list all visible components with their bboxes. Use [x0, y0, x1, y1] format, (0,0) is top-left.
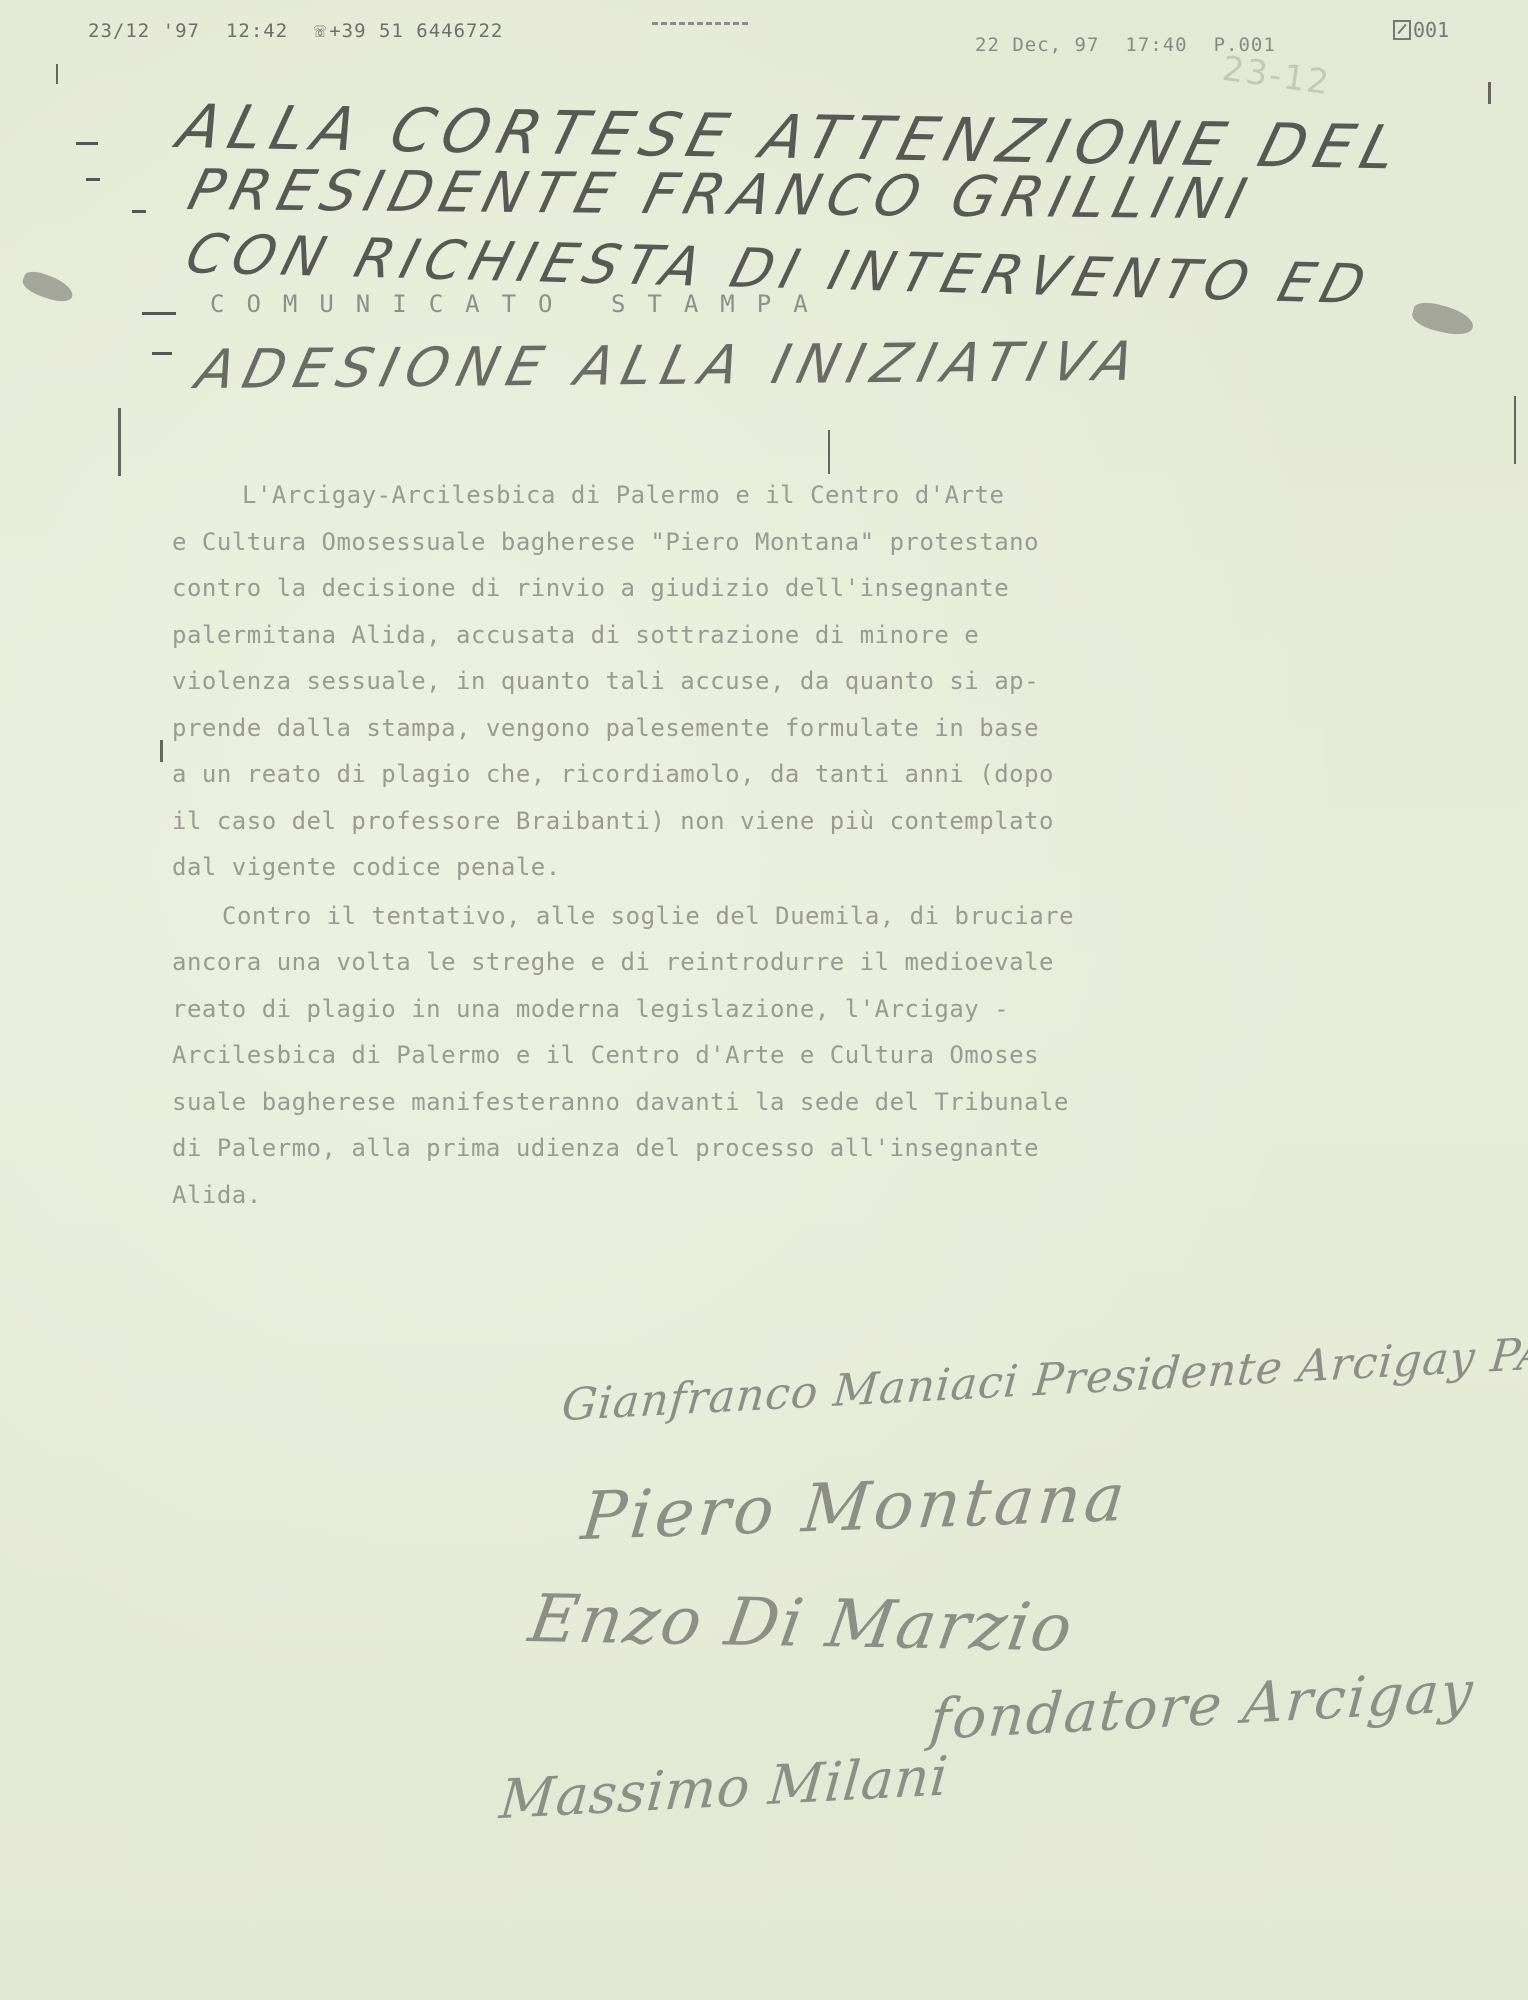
- handwritten-adhesion-line: ADESIONE ALLA INIZIATIVA: [190, 330, 1149, 401]
- paragraph-2: Contro il tentativo, alle soglie del Due…: [172, 893, 1372, 1219]
- body-line: di Palermo, alla prima udienza del proce…: [172, 1125, 1372, 1172]
- margin-mark: [1514, 396, 1516, 464]
- body-line: reato di plagio in una moderna legislazi…: [172, 986, 1372, 1033]
- paragraph-1: L'Arcigay-Arcilesbica di Palermo e il Ce…: [172, 472, 1372, 891]
- press-release-body: L'Arcigay-Arcilesbica di Palermo e il Ce…: [172, 472, 1372, 1218]
- scan-noise: [1410, 299, 1476, 339]
- margin-mark: [160, 740, 163, 762]
- margin-mark: [152, 352, 172, 355]
- margin-mark: [56, 64, 58, 84]
- signature-president: Gianfranco Maniaci Presidente Arcigay PA: [560, 1328, 1528, 1431]
- margin-mark: [76, 142, 98, 145]
- body-line: violenza sessuale, in quanto tali accuse…: [172, 658, 1372, 705]
- signature-third: Enzo Di Marzio: [524, 1580, 1079, 1666]
- body-line: dal vigente codice penale.: [172, 844, 1372, 891]
- fax-sender-header: 23/12 '9712:42☏+39 51 6446722: [88, 18, 529, 42]
- scan-noise: [20, 268, 76, 306]
- handwritten-recipient-line: PRESIDENTE FRANCO GRILLINI: [182, 158, 1261, 232]
- body-line: palermitana Alida, accusata di sottrazio…: [172, 612, 1372, 659]
- body-line: Alida.: [172, 1172, 1372, 1219]
- page-counter-value: 001: [1413, 18, 1449, 42]
- margin-mark: [1488, 82, 1491, 104]
- body-line: suale bagherese manifesteranno davanti l…: [172, 1079, 1372, 1126]
- body-line: e Cultura Omosessuale bagherese "Piero M…: [172, 519, 1372, 566]
- signature-piero-montana: Piero Montana: [578, 1459, 1132, 1555]
- telephone-icon: ☏: [314, 18, 327, 42]
- document-title: COMUNICATO STAMPA: [210, 290, 830, 318]
- margin-mark: [118, 408, 121, 476]
- sender-phone: +39 51 6446722: [329, 20, 503, 42]
- body-line: prende dalla stampa, vengono palesemente…: [172, 705, 1372, 752]
- fax-page-counter: 001: [1393, 18, 1449, 42]
- signature-founder-note: fondatore Arcigay: [927, 1659, 1477, 1753]
- margin-mark: [132, 210, 146, 213]
- body-line: contro la decisione di rinvio a giudizio…: [172, 565, 1372, 612]
- body-line: Arcilesbica di Palermo e il Centro d'Art…: [172, 1032, 1372, 1079]
- checkbox-icon: [1393, 20, 1411, 40]
- receiver-time: 17:40: [1125, 34, 1187, 56]
- margin-mark: [142, 312, 176, 315]
- sender-time: 12:42: [226, 20, 288, 42]
- fax-page: 23/12 '9712:42☏+39 51 6446722 22 Dec, 97…: [0, 0, 1528, 2000]
- signature-massimo-milani: Massimo Milani: [497, 1744, 951, 1831]
- handwritten-date-annotation: 23-12: [1220, 49, 1333, 104]
- body-line: L'Arcigay-Arcilesbica di Palermo e il Ce…: [172, 472, 1372, 519]
- sender-date: 23/12 '97: [88, 20, 200, 42]
- body-line: ancora una volta le streghe e di reintro…: [172, 939, 1372, 986]
- margin-mark: [828, 430, 830, 474]
- body-line: il caso del professore Braibanti) non vi…: [172, 798, 1372, 845]
- fax-header-garbled-text: [652, 22, 748, 33]
- receiver-date: 22 Dec, 97: [975, 34, 1099, 56]
- margin-mark: [86, 178, 100, 181]
- body-line: Contro il tentativo, alle soglie del Due…: [172, 893, 1372, 940]
- body-line: a un reato di plagio che, ricordiamolo, …: [172, 751, 1372, 798]
